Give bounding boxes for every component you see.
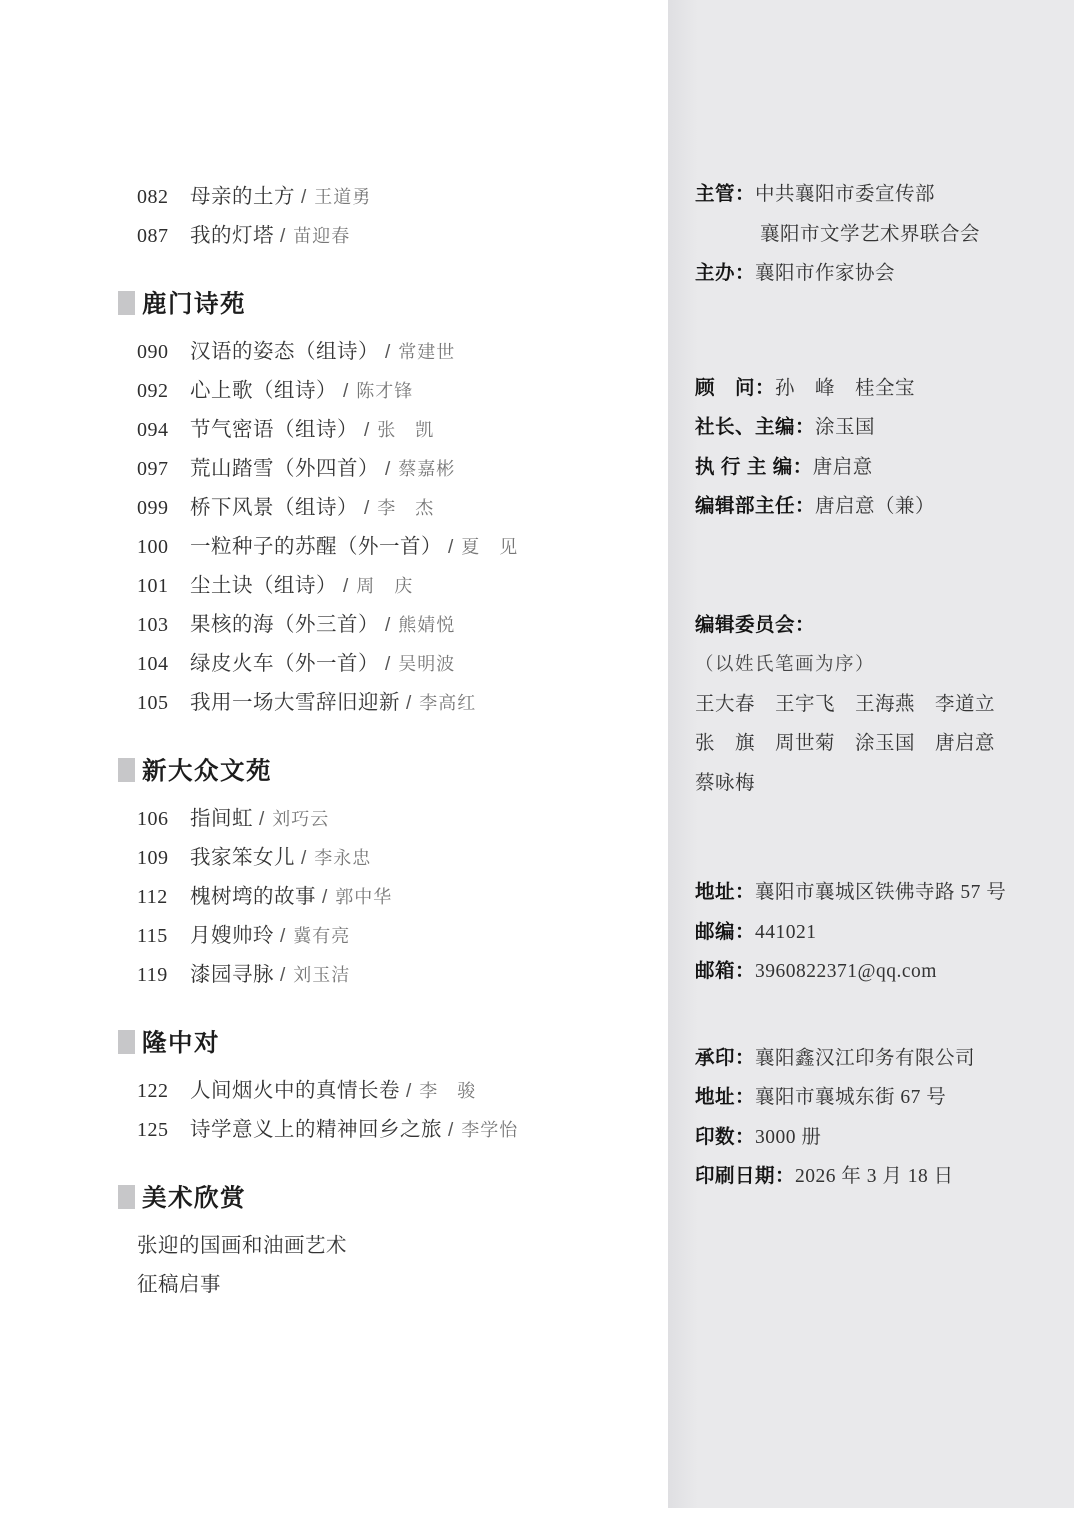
toc-entry: 105我用一场大雪辞旧迎新/李高红	[137, 683, 647, 722]
toc-separator: /	[406, 1081, 411, 1102]
toc-author: 刘巧云	[272, 809, 329, 829]
masthead-value: 3960822371@qq.com	[755, 961, 937, 982]
toc-page-number: 094	[137, 411, 190, 450]
masthead-label: 执 行 主 编：	[695, 456, 813, 478]
toc-article-title: 汉语的姿态（组诗）	[190, 340, 379, 363]
masthead-row: 襄阳市文学艺术界联合会	[695, 215, 1055, 255]
toc-article-title: 节气密语（组诗）	[190, 418, 358, 441]
masthead-value: 张 旗 周世菊 涂玉国 唐启意	[695, 733, 995, 754]
toc-separator: /	[301, 187, 306, 208]
toc-column: 082母亲的土方/王道勇 087我的灯塔/苗迎春 鹿门诗苑 090汉语的姿态（组…	[137, 177, 647, 1304]
toc-author: 蔡嘉彬	[398, 459, 455, 479]
masthead-value: 涂玉国	[815, 417, 875, 438]
masthead-value: 唐启意	[813, 457, 873, 478]
toc-separator: /	[343, 381, 348, 402]
section-header: 隆中对	[118, 1025, 647, 1058]
toc-entry: 征稿启事	[137, 1265, 647, 1304]
toc-article-title: 荒山踏雪（外四首）	[190, 457, 379, 480]
masthead-row: 蔡咏梅	[695, 764, 1055, 804]
toc-page-number: 082	[137, 178, 190, 217]
masthead-value: 蔡咏梅	[695, 773, 755, 794]
section-header: 新大众文苑	[118, 753, 647, 786]
masthead-value: 孙 峰 桂全宝	[775, 378, 915, 399]
toc-separator: /	[448, 537, 453, 558]
masthead-row: 地址：襄阳市襄城东街 67 号	[695, 1078, 1055, 1118]
toc-entry: 092心上歌（组诗）/陈才锋	[137, 371, 647, 410]
toc-author: 熊婧悦	[398, 615, 455, 635]
toc-article-title: 漆园寻脉	[190, 963, 274, 986]
toc-page-number: 099	[137, 489, 190, 528]
masthead-committee-block: 编辑委员会： （以姓氏笔画为序） 王大春 王宇飞 王海燕 李道立 张 旗 周世菊…	[695, 606, 1055, 804]
masthead-row: 印刷日期：2026 年 3 月 18 日	[695, 1157, 1055, 1197]
masthead-row: 地址：襄阳市襄城区铁佛寺路 57 号	[695, 873, 1055, 913]
masthead-row: 张 旗 周世菊 涂玉国 唐启意	[695, 724, 1055, 764]
section-marker-icon	[118, 1030, 135, 1054]
toc-page-number: 125	[137, 1111, 190, 1150]
toc-author: 吴明波	[398, 654, 455, 674]
toc-page-number: 101	[137, 567, 190, 606]
masthead-label: 邮箱：	[695, 960, 755, 982]
toc-author: 李高红	[419, 693, 476, 713]
toc-page-number: 090	[137, 333, 190, 372]
toc-entry: 125诗学意义上的精神回乡之旅/李学怡	[137, 1110, 647, 1149]
toc-separator: /	[385, 342, 390, 363]
masthead-row: 王大春 王宇飞 王海燕 李道立	[695, 685, 1055, 725]
toc-page-number: 106	[137, 800, 190, 839]
masthead-value: 3000 册	[755, 1127, 821, 1148]
masthead-value: （以姓氏笔画为序）	[695, 655, 875, 675]
masthead-value: 襄阳市文学艺术界联合会	[760, 224, 980, 245]
masthead-column: 主管：中共襄阳市委宣传部 襄阳市文学艺术界联合会 主办：襄阳市作家协会 顾 问：…	[695, 175, 1055, 1197]
toc-author: 陈才锋	[356, 381, 413, 401]
toc-article-title: 母亲的土方	[190, 185, 295, 208]
toc-separator: /	[280, 965, 285, 986]
masthead-publisher-block: 主管：中共襄阳市委宣传部 襄阳市文学艺术界联合会 主办：襄阳市作家协会	[695, 175, 1055, 294]
toc-page-number: 087	[137, 217, 190, 256]
toc-page-number: 092	[137, 372, 190, 411]
masthead-row: 印数：3000 册	[695, 1118, 1055, 1158]
toc-author: 李学怡	[461, 1120, 518, 1140]
masthead-row: 编辑委员会：	[695, 606, 1055, 646]
masthead-label: 邮编：	[695, 921, 755, 943]
masthead-label: 承印：	[695, 1047, 755, 1069]
toc-entry: 112槐树塆的故事/郭中华	[137, 877, 647, 916]
toc-author: 周 庆	[356, 576, 413, 596]
toc-page-number: 115	[137, 917, 190, 956]
masthead-row: 主管：中共襄阳市委宣传部	[695, 175, 1055, 215]
masthead-value: 中共襄阳市委宣传部	[755, 184, 935, 205]
toc-author: 王道勇	[314, 187, 371, 207]
toc-entry: 097荒山踏雪（外四首）/蔡嘉彬	[137, 449, 647, 488]
toc-page-number: 103	[137, 606, 190, 645]
masthead-value: 襄阳市作家协会	[755, 263, 895, 284]
toc-author: 张 凯	[377, 420, 434, 440]
toc-entry: 090汉语的姿态（组诗）/常建世	[137, 332, 647, 371]
toc-article-title: 月嫂帅玲	[190, 924, 274, 947]
toc-author: 常建世	[398, 342, 455, 362]
magazine-contents-page: 082母亲的土方/王道勇 087我的灯塔/苗迎春 鹿门诗苑 090汉语的姿态（组…	[0, 0, 1079, 1513]
toc-article-title: 指间虹	[190, 807, 253, 830]
toc-entry: 122人间烟火中的真情长卷/李 骏	[137, 1071, 647, 1110]
toc-article-title: 果核的海（外三首）	[190, 613, 379, 636]
toc-entry: 100一粒种子的苏醒（外一首）/夏 见	[137, 527, 647, 566]
toc-entry: 104绿皮火车（外一首）/吴明波	[137, 644, 647, 683]
masthead-value: 2026 年 3 月 18 日	[795, 1166, 954, 1187]
section-title: 隆中对	[142, 1024, 220, 1059]
masthead-row: 主办：襄阳市作家协会	[695, 254, 1055, 294]
toc-separator: /	[280, 226, 285, 247]
toc-entry: 087我的灯塔/苗迎春	[137, 216, 647, 255]
masthead-label: 主管：	[695, 183, 755, 205]
masthead-value: 唐启意（兼）	[815, 496, 935, 517]
section-title: 鹿门诗苑	[142, 285, 246, 320]
toc-article-title: 绿皮火车（外一首）	[190, 652, 379, 675]
toc-article-title: 我用一场大雪辞旧迎新	[190, 691, 400, 714]
toc-separator: /	[322, 887, 327, 908]
masthead-printing-block: 承印：襄阳鑫汉江印务有限公司 地址：襄阳市襄城东街 67 号 印数：3000 册…	[695, 1039, 1055, 1197]
toc-page-number: 100	[137, 528, 190, 567]
toc-article-title: 征稿启事	[137, 1273, 221, 1296]
masthead-row: 编辑部主任：唐启意（兼）	[695, 487, 1055, 527]
section-title: 新大众文苑	[142, 752, 272, 787]
masthead-row: 社长、主编：涂玉国	[695, 408, 1055, 448]
toc-separator: /	[364, 420, 369, 441]
masthead-label: 编辑部主任：	[695, 495, 815, 517]
masthead-label: 印数：	[695, 1126, 755, 1148]
toc-entry: 099桥下风景（组诗）/李 杰	[137, 488, 647, 527]
toc-author: 李永忠	[314, 848, 371, 868]
toc-page-number: 119	[137, 956, 190, 995]
toc-author: 李 骏	[419, 1081, 476, 1101]
section-marker-icon	[118, 758, 135, 782]
masthead-value: 441021	[755, 922, 817, 943]
toc-author: 李 杰	[377, 498, 434, 518]
toc-article-title: 尘土诀（组诗）	[190, 574, 337, 597]
toc-entry: 094节气密语（组诗）/张 凯	[137, 410, 647, 449]
masthead-value: 襄阳市襄城区铁佛寺路 57 号	[755, 882, 1006, 903]
toc-separator: /	[364, 498, 369, 519]
toc-article-title: 槐树塆的故事	[190, 885, 316, 908]
toc-article-title: 一粒种子的苏醒（外一首）	[190, 535, 442, 558]
masthead-label: 地址：	[695, 1086, 755, 1108]
toc-author: 冀有亮	[293, 926, 350, 946]
toc-author: 夏 见	[461, 537, 518, 557]
masthead-address-block: 地址：襄阳市襄城区铁佛寺路 57 号 邮编：441021 邮箱：39608223…	[695, 873, 1055, 992]
masthead-row: 邮编：441021	[695, 913, 1055, 953]
toc-entry: 115月嫂帅玲/冀有亮	[137, 916, 647, 955]
masthead-label: 地址：	[695, 881, 755, 903]
toc-separator: /	[259, 809, 264, 830]
masthead-value: 襄阳鑫汉江印务有限公司	[755, 1048, 975, 1069]
toc-page-number: 112	[137, 878, 190, 917]
toc-entry: 103果核的海（外三首）/熊婧悦	[137, 605, 647, 644]
toc-entry: 101尘土诀（组诗）/周 庆	[137, 566, 647, 605]
toc-author: 苗迎春	[293, 226, 350, 246]
toc-separator: /	[385, 615, 390, 636]
toc-separator: /	[448, 1120, 453, 1141]
masthead-staff-block: 顾 问：孙 峰 桂全宝 社长、主编：涂玉国 执 行 主 编：唐启意 编辑部主任：…	[695, 369, 1055, 527]
masthead-label: 社长、主编：	[695, 416, 815, 438]
toc-page-number: 097	[137, 450, 190, 489]
toc-article-title: 人间烟火中的真情长卷	[190, 1079, 400, 1102]
toc-entry: 张迎的国画和油画艺术	[137, 1226, 647, 1265]
masthead-value: 襄阳市襄城东街 67 号	[755, 1087, 946, 1108]
masthead-label: 编辑委员会：	[695, 614, 815, 636]
toc-page-number: 104	[137, 645, 190, 684]
toc-article-title: 我的灯塔	[190, 224, 274, 247]
toc-article-title: 我家笨女儿	[190, 846, 295, 869]
toc-author: 刘玉洁	[293, 965, 350, 985]
toc-separator: /	[385, 654, 390, 675]
toc-article-title: 张迎的国画和油画艺术	[137, 1234, 347, 1257]
toc-separator: /	[301, 848, 306, 869]
toc-separator: /	[343, 576, 348, 597]
masthead-row: 顾 问：孙 峰 桂全宝	[695, 369, 1055, 409]
masthead-value: 王大春 王宇飞 王海燕 李道立	[695, 694, 995, 715]
toc-separator: /	[406, 693, 411, 714]
toc-article-title: 桥下风景（组诗）	[190, 496, 358, 519]
masthead-row: （以姓氏笔画为序）	[695, 645, 1055, 685]
masthead-label: 顾 问：	[695, 377, 775, 399]
masthead-label: 主办：	[695, 262, 755, 284]
section-header: 鹿门诗苑	[118, 286, 647, 319]
toc-article-title: 心上歌（组诗）	[190, 379, 337, 402]
toc-entry: 082母亲的土方/王道勇	[137, 177, 647, 216]
toc-entry: 119漆园寻脉/刘玉洁	[137, 955, 647, 994]
toc-author: 郭中华	[335, 887, 392, 907]
masthead-row: 承印：襄阳鑫汉江印务有限公司	[695, 1039, 1055, 1079]
toc-entry: 109我家笨女儿/李永忠	[137, 838, 647, 877]
masthead-row: 邮箱：3960822371@qq.com	[695, 952, 1055, 992]
section-header: 美术欣赏	[118, 1180, 647, 1213]
masthead-row: 执 行 主 编：唐启意	[695, 448, 1055, 488]
section-marker-icon	[118, 1185, 135, 1209]
toc-article-title: 诗学意义上的精神回乡之旅	[190, 1118, 442, 1141]
toc-separator: /	[385, 459, 390, 480]
toc-page-number: 122	[137, 1072, 190, 1111]
masthead-label: 印刷日期：	[695, 1165, 795, 1187]
section-title: 美术欣赏	[142, 1179, 246, 1214]
toc-separator: /	[280, 926, 285, 947]
toc-page-number: 105	[137, 684, 190, 723]
section-marker-icon	[118, 291, 135, 315]
toc-page-number: 109	[137, 839, 190, 878]
toc-entry: 106指间虹/刘巧云	[137, 799, 647, 838]
